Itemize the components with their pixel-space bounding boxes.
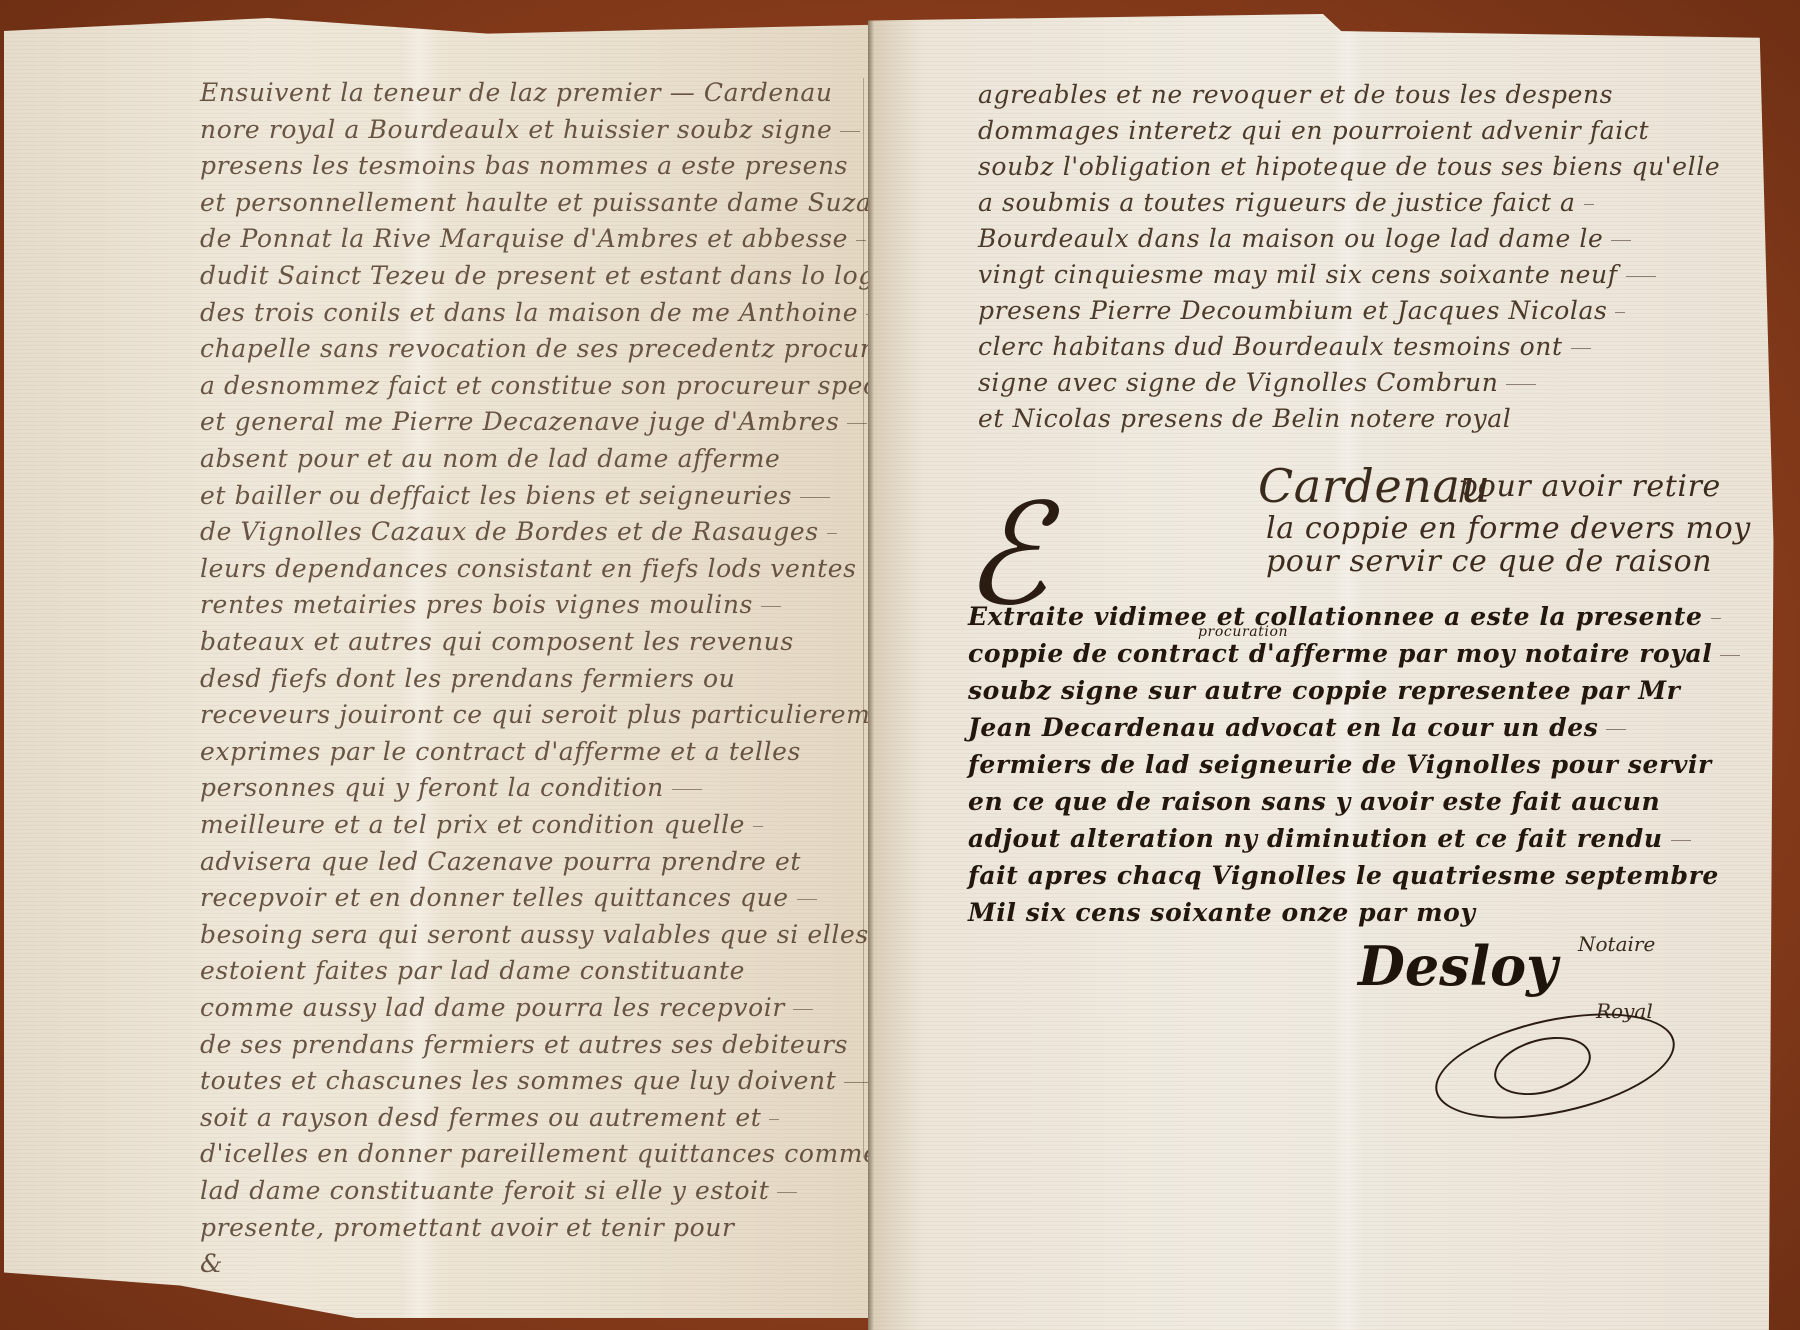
- manuscript-line: presente, promettant avoir et tenir pour: [200, 1213, 743, 1242]
- manuscript-line-text: et Nicolas presens de Belin notere royal: [978, 404, 1511, 433]
- manuscript-line: signe avec signe de Vignolles Combrun: [978, 368, 1536, 397]
- manuscript-line-text: coppie de contract d'afferme par moy not…: [968, 639, 1712, 668]
- manuscript-line-text: soubz signe sur autre coppie representee…: [968, 676, 1680, 705]
- manuscript-line-text: advisera que led Cazenave pourra prendre…: [200, 847, 801, 876]
- manuscript-line-text: fait apres chacq Vignolles le quatriesme…: [968, 861, 1719, 890]
- manuscript-line: agreables et ne revoquer et de tous les …: [978, 80, 1621, 109]
- manuscript-line: chapelle sans revocation de ses preceden…: [200, 334, 938, 363]
- manuscript-line-text: dommages interetz qui en pourroient adve…: [978, 116, 1649, 145]
- manuscript-line-text: de Ponnat la Rive Marquise d'Ambres et a…: [200, 224, 848, 253]
- manuscript-line: estoient faites par lad dame constituant…: [200, 956, 753, 985]
- manuscript-line-text: Mil six cens soixante onze par moy: [968, 898, 1476, 927]
- manuscript-line: des trois conils et dans la maison de me…: [200, 298, 886, 327]
- line-filler-dash: [1626, 276, 1656, 277]
- manuscript-line: soit a rayson desd fermes ou autrement e…: [200, 1103, 779, 1132]
- manuscript-line: soubz l'obligation et hipoteque de tous …: [978, 152, 1728, 181]
- manuscript-line-text: et general me Pierre Decazenave juge d'A…: [200, 407, 839, 436]
- manuscript-line-text: agreables et ne revoquer et de tous les …: [978, 80, 1613, 109]
- manuscript-line: adjout alteration ny diminution et ce fa…: [968, 824, 1691, 853]
- manuscript-line-text: en ce que de raison sans y avoir este fa…: [968, 787, 1660, 816]
- manuscript-line-text: a soubmis a toutes rigueurs de justice f…: [978, 188, 1576, 217]
- line-filler-dash: [777, 1192, 797, 1193]
- manuscript-line-text: besoing sera qui seront aussy valables q…: [200, 920, 869, 949]
- line-filler-dash: [1506, 384, 1536, 385]
- manuscript-line-text: estoient faites par lad dame constituant…: [200, 956, 745, 985]
- manuscript-line: clerc habitans dud Bourdeaulx tesmoins o…: [978, 332, 1591, 361]
- notary-title: Notaire: [1578, 932, 1655, 956]
- line-filler-dash: [847, 423, 867, 424]
- line-filler-dash: [769, 1119, 779, 1120]
- line-filler-dash: [793, 1009, 813, 1010]
- signature-line-2: la coppie en forme devers moy: [1266, 511, 1751, 546]
- manuscript-line: personnes qui y feront la condition: [200, 773, 702, 802]
- manuscript-line: fait apres chacq Vignolles le quatriesme…: [968, 861, 1727, 890]
- manuscript-line-text: bateaux et autres qui composent les reve…: [200, 627, 794, 656]
- manuscript-line: Extraite vidimee et collationnee a este …: [968, 602, 1721, 631]
- manuscript-line: de Vignolles Cazaux de Bordes et de Rasa…: [200, 517, 837, 546]
- manuscript-line-text: presente, promettant avoir et tenir pour: [200, 1213, 735, 1242]
- line-filler-dash: [1711, 618, 1721, 619]
- manuscript-line-text: dudit Sainct Tezeu de present et estant …: [200, 261, 959, 290]
- manuscript-line: soubz signe sur autre coppie representee…: [968, 676, 1688, 705]
- manuscript-line: et bailler ou deffaict les biens et seig…: [200, 481, 830, 510]
- line-filler-dash: [1671, 840, 1691, 841]
- manuscript-line-text: et bailler ou deffaict les biens et seig…: [200, 481, 792, 510]
- manuscript-line: fermiers de lad seigneurie de Vignolles …: [968, 750, 1720, 779]
- line-filler-dash: [840, 131, 860, 132]
- manuscript-line: advisera que led Cazenave pourra prendre…: [200, 847, 809, 876]
- manuscript-line-text: presens les tesmoins bas nommes a este p…: [200, 151, 848, 180]
- manuscript-line: desd fiefs dont les prendans fermiers ou: [200, 664, 743, 693]
- manuscript-line: dudit Sainct Tezeu de present et estant …: [200, 261, 967, 290]
- line-filler-dash: [797, 899, 817, 900]
- manuscript-line-text: toutes et chascunes les sommes que luy d…: [200, 1066, 836, 1095]
- manuscript-line-text: absent pour et au nom de lad dame afferm…: [200, 444, 780, 473]
- manuscript-line: de ses prendans fermiers et autres ses d…: [200, 1030, 856, 1059]
- manuscript-line: toutes et chascunes les sommes que luy d…: [200, 1066, 874, 1095]
- line-filler-dash: [1571, 348, 1591, 349]
- manuscript-line: besoing sera qui seront aussy valables q…: [200, 920, 877, 949]
- manuscript-line: a soubmis a toutes rigueurs de justice f…: [978, 188, 1594, 217]
- manuscript-line: exprimes par le contract d'afferme et a …: [200, 737, 809, 766]
- manuscript-line: meilleure et a tel prix et condition que…: [200, 810, 763, 839]
- manuscript-line-text: Bourdeaulx dans la maison ou loge lad da…: [978, 224, 1603, 253]
- line-filler-dash: [1615, 312, 1625, 313]
- manuscript-line: recepvoir et en donner telles quittances…: [200, 883, 817, 912]
- line-filler-dash: [1611, 240, 1631, 241]
- manuscript-line-text: desd fiefs dont les prendans fermiers ou: [200, 664, 735, 693]
- manuscript-line-text: &: [200, 1249, 223, 1278]
- manuscript-line: Bourdeaulx dans la maison ou loge lad da…: [978, 224, 1631, 253]
- manuscript-line-text: d'icelles en donner pareillement quittan…: [200, 1139, 878, 1168]
- line-filler-dash: [800, 497, 830, 498]
- manuscript-line-text: Extraite vidimee et collationnee a este …: [968, 602, 1703, 631]
- line-filler-dash: [1606, 729, 1626, 730]
- manuscript-line-text: meilleure et a tel prix et condition que…: [200, 810, 745, 839]
- manuscript-line: absent pour et au nom de lad dame afferm…: [200, 444, 788, 473]
- manuscript-line-text: de ses prendans fermiers et autres ses d…: [200, 1030, 848, 1059]
- manuscript-line-text: Jean Decardenau advocat en la cour un de…: [968, 713, 1598, 742]
- signature-line-1: pour avoir retire: [1458, 469, 1721, 504]
- manuscript-line-text: vingt cinquiesme may mil six cens soixan…: [978, 260, 1618, 289]
- manuscript-line-text: adjout alteration ny diminution et ce fa…: [968, 824, 1663, 853]
- line-filler-dash: [672, 789, 702, 790]
- manuscript-line: receveurs jouiront ce qui seroit plus pa…: [200, 700, 941, 729]
- manuscript-line: de Ponnat la Rive Marquise d'Ambres et a…: [200, 224, 866, 253]
- manuscript-line: nore royal a Bourdeaulx et huissier soub…: [200, 115, 860, 144]
- manuscript-line: d'icelles en donner pareillement quittan…: [200, 1139, 886, 1168]
- manuscript-line: dommages interetz qui en pourroient adve…: [978, 116, 1657, 145]
- manuscript-line-text: rentes metairies pres bois vignes moulin…: [200, 590, 753, 619]
- manuscript-line-text: de Vignolles Cazaux de Bordes et de Rasa…: [200, 517, 819, 546]
- manuscript-line-text: receveurs jouiront ce qui seroit plus pa…: [200, 700, 913, 729]
- manuscript-line: a desnommez faict et constitue son procu…: [200, 371, 918, 400]
- manuscript-line: Jean Decardenau advocat en la cour un de…: [968, 713, 1626, 742]
- cardenau-signature: Cardenau: [1258, 459, 1491, 513]
- manuscript-line-text: lad dame constituante feroit si elle y e…: [200, 1176, 769, 1205]
- manuscript-line: coppie de contract d'afferme par moy not…: [968, 639, 1740, 668]
- signature-line-3: pour servir ce que de raison: [1266, 544, 1712, 579]
- manuscript-line: comme aussy lad dame pourra les recepvoi…: [200, 993, 813, 1022]
- manuscript-line: en ce que de raison sans y avoir este fa…: [968, 787, 1668, 816]
- manuscript-line-text: des trois conils et dans la maison de me…: [200, 298, 858, 327]
- manuscript-line: presens les tesmoins bas nommes a este p…: [200, 151, 856, 180]
- right-manuscript-page: agreables et ne revoquer et de tous les …: [868, 14, 1778, 1330]
- manuscript-line-text: leurs dependances consistant en fiefs lo…: [200, 554, 857, 583]
- line-filler-dash: [761, 606, 781, 607]
- manuscript-line-text: personnes qui y feront la condition: [200, 773, 664, 802]
- manuscript-line-text: fermiers de lad seigneurie de Vignolles …: [968, 750, 1712, 779]
- manuscript-line-text: recepvoir et en donner telles quittances…: [200, 883, 789, 912]
- manuscript-line-text: clerc habitans dud Bourdeaulx tesmoins o…: [978, 332, 1563, 361]
- manuscript-line-text: soit a rayson desd fermes ou autrement e…: [200, 1103, 761, 1132]
- line-filler-dash: [1720, 655, 1740, 656]
- manuscript-line: bateaux et autres qui composent les reve…: [200, 627, 802, 656]
- manuscript-line: et general me Pierre Decazenave juge d'A…: [200, 407, 867, 436]
- manuscript-line: lad dame constituante feroit si elle y e…: [200, 1176, 797, 1205]
- page-spine: [868, 14, 874, 1330]
- manuscript-line-text: Ensuivent la teneur de laz premier — Car…: [200, 78, 833, 107]
- manuscript-line-text: nore royal a Bourdeaulx et huissier soub…: [200, 115, 832, 144]
- manuscript-line: Mil six cens soixante onze par moy: [968, 898, 1484, 927]
- line-filler-dash: [856, 240, 866, 241]
- notary-signature: Desloy: [1358, 934, 1558, 998]
- line-filler-dash: [827, 533, 837, 534]
- manuscript-line-text: a desnommez faict et constitue son procu…: [200, 371, 910, 400]
- manuscript-line-text: et personnellement haulte et puissante d…: [200, 188, 920, 217]
- line-filler-dash: [1584, 204, 1594, 205]
- manuscript-line-text: signe avec signe de Vignolles Combrun: [978, 368, 1498, 397]
- manuscript-line-text: presens Pierre Decoumbium et Jacques Nic…: [978, 296, 1607, 325]
- manuscript-line: Ensuivent la teneur de laz premier — Car…: [200, 78, 841, 107]
- manuscript-line: presens Pierre Decoumbium et Jacques Nic…: [978, 296, 1625, 325]
- manuscript-line-text: comme aussy lad dame pourra les recepvoi…: [200, 993, 785, 1022]
- manuscript-line: et personnellement haulte et puissante d…: [200, 188, 958, 217]
- left-manuscript-page: Ensuivent la teneur de laz premier — Car…: [4, 18, 884, 1318]
- manuscript-line-text: exprimes par le contract d'afferme et a …: [200, 737, 801, 766]
- manuscript-line: leurs dependances consistant en fiefs lo…: [200, 554, 865, 583]
- manuscript-line: rentes metairies pres bois vignes moulin…: [200, 590, 781, 619]
- manuscript-line: et Nicolas presens de Belin notere royal: [978, 404, 1519, 433]
- line-filler-dash: [753, 826, 763, 827]
- manuscript-line: &: [200, 1249, 231, 1278]
- manuscript-line-text: soubz l'obligation et hipoteque de tous …: [978, 152, 1720, 181]
- manuscript-line: vingt cinquiesme may mil six cens soixan…: [978, 260, 1656, 289]
- manuscript-line-text: chapelle sans revocation de ses preceden…: [200, 334, 930, 363]
